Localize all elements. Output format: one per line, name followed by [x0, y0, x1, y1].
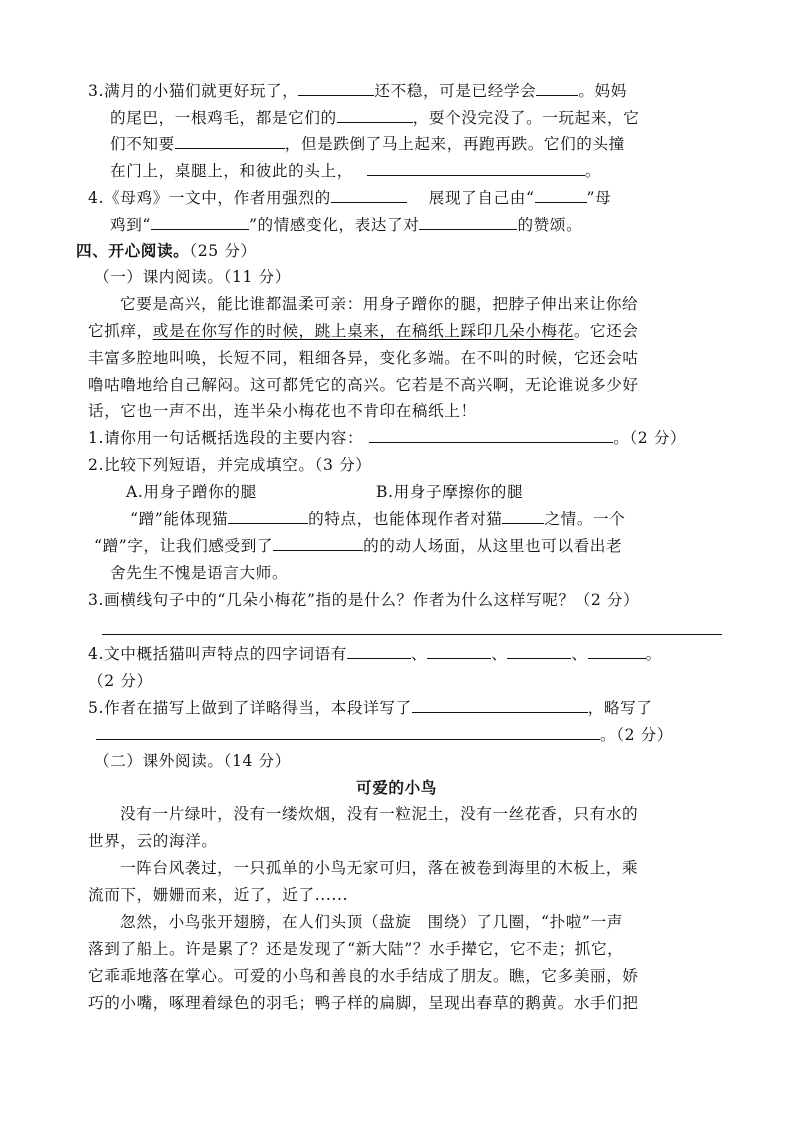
passage-line-1: 它要是高兴，能比谁都温柔可亲：用身子蹭你的腿，把脖子伸出来让你给	[120, 293, 638, 315]
answer-blank[interactable]	[536, 81, 578, 96]
text: 、	[571, 645, 587, 663]
answer-blank[interactable]	[273, 536, 363, 551]
text: 的尾巴，一根鸡毛，都是它们的	[110, 109, 337, 127]
text: 的特点，也能体现作者对猫	[308, 510, 502, 528]
text: 还不稳，可是已经学会	[374, 82, 536, 100]
question-2-option-a: A.用身子蹭你的腿	[126, 481, 257, 503]
answer-blank[interactable]	[535, 188, 587, 203]
text: 话，它也一声不出，连半朵小梅花也不肯印在稿纸上！	[88, 402, 477, 420]
q3-line-4: 在门上，桌腿上，和彼此的头上，。	[110, 160, 601, 182]
answer-blank[interactable]	[347, 644, 411, 659]
passage-line-2: 它抓痒，或是在你写作的时候，跳上桌来，在稿纸上踩印几朵小梅花。它还会	[88, 320, 639, 342]
text: 舍先生不愧是语言大师。	[110, 564, 288, 582]
text: 们不知要	[110, 135, 175, 153]
text: （2 分）	[88, 672, 153, 690]
question-2-option-b: B.用身子摩擦你的腿	[376, 481, 523, 503]
text: 3.画横线句子中的“几朵小梅花”指的是什么？作者为什么这样写呢？（2 分）	[88, 591, 639, 609]
text: 、	[411, 645, 427, 663]
text: 世界，云的海洋。	[88, 832, 218, 850]
underlined-sentence: 或是在你写作的时候，跳上桌来，在稿纸上踩印几朵小梅花	[153, 322, 574, 340]
answer-line[interactable]	[102, 634, 722, 635]
question-4-score: （2 分）	[88, 670, 153, 692]
question-1: 1.请你用一句话概括选段的主要内容：。（2 分）	[88, 427, 686, 449]
text: （一）课内阅读。（11 分）	[94, 268, 291, 286]
text: 。	[585, 162, 601, 180]
text: 的赞颂。	[517, 216, 582, 234]
answer-blank[interactable]	[369, 428, 613, 443]
answer-blank[interactable]	[151, 215, 249, 230]
text: （二）课外阅读。（14 分）	[94, 752, 291, 770]
answer-blank[interactable]	[427, 644, 491, 659]
text: 。妈妈	[578, 82, 627, 100]
question-2-line-3: 舍先生不愧是语言大师。	[110, 562, 288, 584]
heading-score: （25 分）	[189, 242, 256, 260]
story-line: 流而下，姗姗而来，近了，近了......	[88, 884, 348, 906]
text: “蹭”字，让我们感受到了	[94, 537, 273, 555]
answer-blank[interactable]	[337, 108, 413, 123]
text: 噜咕噜地给自己解闷。这可都凭它的高兴。它若是不高兴啊，无论谁说多少好	[88, 376, 639, 394]
text: 展现了自己由“	[429, 189, 535, 207]
text: 4.文中概括猫叫声特点的四字词语有	[88, 645, 347, 663]
question-3: 3.画横线句子中的“几朵小梅花”指的是什么？作者为什么这样写呢？（2 分）	[88, 589, 639, 611]
text: 丰富多腔地叫唤，长短不同，粗细各异，变化多端。在不叫的时候，它还会咕	[88, 349, 639, 367]
text: 落到了船上。许是累了？还是发现了“新大陆”？水手撵它，它不走；抓它，	[88, 940, 623, 958]
part1-heading: （一）课内阅读。（11 分）	[94, 266, 291, 288]
text: 。（2 分）	[600, 726, 673, 744]
q3-line-3: 们不知要，但是跌倒了马上起来，再跑再跌。它们的头撞	[110, 133, 625, 155]
question-5-line-2: 。（2 分）	[96, 724, 673, 746]
answer-blank[interactable]	[175, 134, 285, 149]
q3-line-2: 的尾巴，一根鸡毛，都是它们的，耍个没完没了。一玩起来，它	[110, 107, 639, 129]
text: ”的情感变化，表达了对	[249, 216, 420, 234]
answer-blank[interactable]	[331, 188, 407, 203]
q4-line-2: 鸡到“”的情感变化，表达了对的赞颂。	[110, 214, 582, 236]
story-line: 它乖乖地落在掌心。可爱的小鸟和善良的水手结成了朋友。瞧，它多美丽，娇	[88, 965, 639, 987]
question-2-line-1: “蹭”能体现猫的特点，也能体现作者对猫之情。一个	[130, 508, 625, 530]
text: ，略写了	[588, 699, 653, 717]
text: 4.《母鸡》一文中，作者用强烈的	[88, 189, 331, 207]
passage-line-5: 话，它也一声不出，连半朵小梅花也不肯印在稿纸上！	[88, 400, 477, 422]
text: 的的动人场面，从这里也可以看出老	[363, 537, 622, 555]
question-4: 4.文中概括猫叫声特点的四字词语有、、、。	[88, 643, 662, 665]
heading-text: 四、开心阅读。	[76, 242, 189, 260]
text: ”母	[587, 189, 612, 207]
part2-heading: （二）课外阅读。（14 分）	[94, 750, 291, 772]
answer-blank[interactable]	[412, 698, 588, 713]
section-heading: 四、开心阅读。（25 分）	[76, 240, 257, 262]
question-2-line-2: “蹭”字，让我们感受到了的的动人场面，从这里也可以看出老	[94, 535, 622, 557]
q3-line-1: 3.满月的小猫们就更好玩了，还不稳，可是已经学会。妈妈	[88, 80, 627, 102]
q4-line-1: 4.《母鸡》一文中，作者用强烈的展现了自己由“”母	[88, 187, 611, 209]
story-line: 忽然，小鸟张开翅膀，在人们头顶（盘旋 围绕）了几圈，“扑啦”一声	[120, 911, 623, 933]
story-line: 落到了船上。许是累了？还是发现了“新大陆”？水手撵它，它不走；抓它，	[88, 938, 623, 960]
story-title: 可爱的小鸟	[0, 777, 793, 799]
answer-blank[interactable]	[507, 644, 571, 659]
text: 1.请你用一句话概括选段的主要内容：	[88, 429, 363, 447]
text: 在门上，桌腿上，和彼此的头上，	[110, 162, 353, 180]
text: 它抓痒，	[88, 322, 153, 340]
text: 它要是高兴，能比谁都温柔可亲：用身子蹭你的腿，把脖子伸出来让你给	[120, 295, 638, 313]
text: B.用身子摩擦你的腿	[376, 483, 523, 501]
text: 5.作者在描写上做到了详略得当，本段详写了	[88, 699, 412, 717]
text: 2.比较下列短语，并完成填空。（3 分）	[88, 456, 371, 474]
text: 一阵台风袭过，一只孤单的小鸟无家可归，落在被卷到海里的木板上，乘	[120, 859, 638, 877]
title-text: 可爱的小鸟	[356, 779, 437, 797]
question-2: 2.比较下列短语，并完成填空。（3 分）	[88, 454, 371, 476]
answer-blank[interactable]	[502, 509, 544, 524]
text: 3.满月的小猫们就更好玩了，	[88, 82, 298, 100]
text: ，耍个没完没了。一玩起来，它	[413, 109, 640, 127]
text: 、	[491, 645, 507, 663]
passage-line-3: 丰富多腔地叫唤，长短不同，粗细各异，变化多端。在不叫的时候，它还会咕	[88, 347, 639, 369]
text: 流而下，姗姗而来，近了，近了......	[88, 886, 348, 904]
answer-blank[interactable]	[367, 161, 585, 176]
question-5: 5.作者在描写上做到了详略得当，本段详写了，略写了	[88, 697, 653, 719]
text: 鸡到“	[110, 216, 151, 234]
text: A.用身子蹭你的腿	[126, 483, 257, 501]
text: 。它还会	[574, 322, 639, 340]
story-line: 一阵台风袭过，一只孤单的小鸟无家可归，落在被卷到海里的木板上，乘	[120, 857, 638, 879]
text: “蹭”能体现猫	[130, 510, 228, 528]
story-line: 世界，云的海洋。	[88, 830, 218, 852]
story-line: 没有一片绿叶，没有一缕炊烟，没有一粒泥土，没有一丝花香，只有水的	[120, 803, 638, 825]
story-line: 巧的小嘴，啄理着绿色的羽毛；鸭子样的扁脚，呈现出春草的鹅黄。水手们把	[88, 992, 639, 1014]
text: ，但是跌倒了马上起来，再跑再跌。它们的头撞	[285, 135, 625, 153]
answer-blank[interactable]	[96, 725, 600, 740]
answer-blank[interactable]	[419, 215, 517, 230]
answer-blank[interactable]	[228, 509, 308, 524]
text: 它乖乖地落在掌心。可爱的小鸟和善良的水手结成了朋友。瞧，它多美丽，娇	[88, 967, 639, 985]
answer-blank[interactable]	[298, 81, 374, 96]
text: 没有一片绿叶，没有一缕炊烟，没有一粒泥土，没有一丝花香，只有水的	[120, 805, 638, 823]
passage-line-4: 噜咕噜地给自己解闷。这可都凭它的高兴。它若是不高兴啊，无论谁说多少好	[88, 374, 639, 396]
answer-blank[interactable]	[588, 644, 646, 659]
text: 忽然，小鸟张开翅膀，在人们头顶（盘旋 围绕）了几圈，“扑啦”一声	[120, 913, 623, 931]
text: 之情。一个	[544, 510, 625, 528]
text: 巧的小嘴，啄理着绿色的羽毛；鸭子样的扁脚，呈现出春草的鹅黄。水手们把	[88, 994, 639, 1012]
text: 。（2 分）	[613, 429, 686, 447]
text: 。	[646, 645, 662, 663]
